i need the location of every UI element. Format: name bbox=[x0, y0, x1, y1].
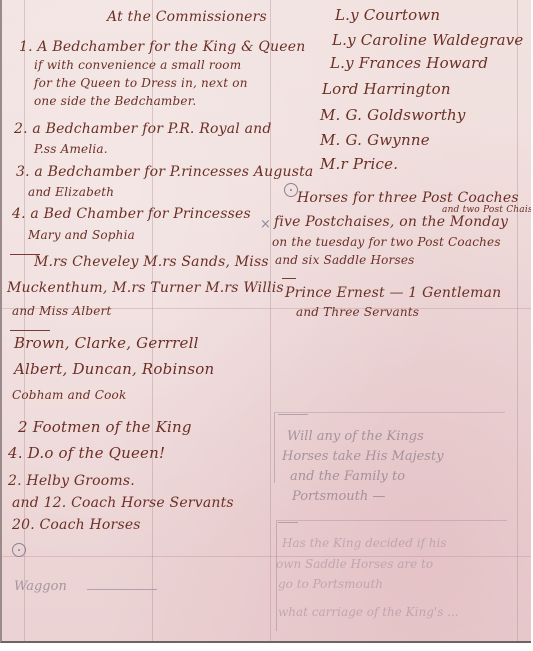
footmen-line-1: 2 Footmen of the King bbox=[18, 420, 192, 435]
item-3-line-2: and Elizabeth bbox=[28, 186, 114, 198]
pencil-answer-line-3: go to Portsmouth bbox=[278, 578, 383, 590]
servants-line-1: Brown, Clarke, Gerrrell bbox=[14, 336, 199, 351]
fold-line bbox=[517, 0, 518, 641]
lord-harrington: Lord Harrington bbox=[322, 82, 451, 97]
item-4-line-1: 4. a Bed Chamber for Princesses bbox=[12, 207, 251, 221]
pencil-answer-line-4: what carriage of the King's ... bbox=[278, 606, 459, 618]
lady-2: L.y Caroline Waldegrave bbox=[332, 33, 524, 48]
horses-line-2: five Postchaises, on the Monday bbox=[274, 215, 508, 229]
pencil-line bbox=[278, 414, 308, 415]
dash-mark bbox=[282, 278, 296, 279]
horses-line-3: on the tuesday for two Post Coaches bbox=[272, 236, 501, 248]
circle-mark-icon bbox=[284, 183, 298, 197]
item-3-line-1: 3. a Bedchamber for P.rincesses Augusta bbox=[16, 165, 313, 179]
fold-line bbox=[270, 0, 271, 641]
item-1-line-2: if with convenience a small room bbox=[34, 59, 241, 71]
grooms-line-2: and 12. Coach Horse Servants bbox=[12, 496, 234, 510]
item-2-line-2: P.ss Amelia. bbox=[34, 143, 108, 155]
horses-line-1: Horses for three Post Coaches bbox=[297, 191, 519, 205]
item-1-line-4: one side the Bedchamber. bbox=[34, 95, 196, 107]
manuscript-page: At the Commissioners 1. A Bedchamber for… bbox=[0, 0, 531, 643]
pencil-answer-line-1: Has the King decided if his bbox=[282, 537, 447, 549]
item-1-line-1: 1. A Bedchamber for the King & Queen bbox=[19, 40, 305, 54]
attendants-line-2: Muckenthum, M.rs Turner M.rs Willis bbox=[7, 281, 284, 295]
servants-line-3: Cobham and Cook bbox=[12, 389, 126, 401]
lady-3: L.y Frances Howard bbox=[330, 56, 488, 71]
dash-mark bbox=[10, 330, 50, 331]
pencil-line bbox=[87, 589, 157, 590]
attendants-line-3: and Miss Albert bbox=[12, 305, 111, 317]
cross-mark-icon: × bbox=[260, 218, 271, 231]
horses-line-4: and six Saddle Horses bbox=[275, 254, 415, 266]
item-4-line-2: Mary and Sophia bbox=[28, 229, 135, 241]
pencil-answer-line-2: own Saddle Horses are to bbox=[276, 558, 433, 570]
mr-price: M.r Price. bbox=[320, 157, 398, 172]
attendants-line-1: M.rs Cheveley M.rs Sands, Miss bbox=[34, 255, 269, 269]
grooms-line-1: 2. Helby Grooms. bbox=[8, 474, 135, 488]
pencil-line bbox=[278, 522, 298, 523]
pencil-query-line-1: Will any of the Kings bbox=[287, 430, 424, 443]
pencil-query-line-2: Horses take His Majesty bbox=[282, 450, 444, 463]
grooms-line-3: 20. Coach Horses bbox=[12, 518, 141, 532]
circle-mark-icon bbox=[12, 543, 26, 557]
prince-ernest-line-2: and Three Servants bbox=[296, 306, 419, 318]
servants-line-2: Albert, Duncan, Robinson bbox=[14, 362, 214, 377]
item-1-line-3: for the Queen to Dress in, next on bbox=[34, 77, 248, 89]
prince-ernest-line-1: Prince Ernest — 1 Gentleman bbox=[285, 286, 501, 300]
heading: At the Commissioners bbox=[107, 10, 267, 24]
footmen-line-2: 4. D.o of the Queen! bbox=[8, 446, 165, 461]
general-gwynne: M. G. Gwynne bbox=[320, 133, 430, 148]
pencil-query-line-4: Portsmouth — bbox=[292, 490, 385, 503]
general-goldsworthy: M. G. Goldsworthy bbox=[320, 108, 466, 123]
lady-1: L.y Courtown bbox=[335, 8, 440, 23]
pencil-query-line-3: and the Family to bbox=[290, 470, 405, 483]
item-2-line-1: 2. a Bedchamber for P.R. Royal and bbox=[14, 122, 272, 136]
pencil-note-waggon: Waggon bbox=[14, 580, 67, 593]
